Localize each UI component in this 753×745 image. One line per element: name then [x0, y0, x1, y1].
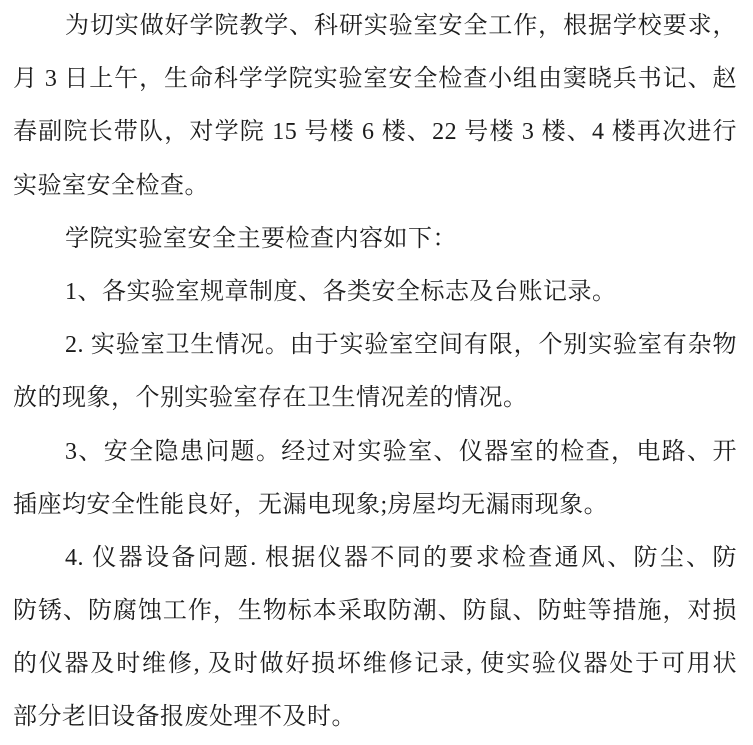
text-line: 放的现象，个别实验室存在卫生情况差的情况。: [13, 372, 737, 425]
text-line: 1、各实验室规章制度、各类安全标志及台账记录。: [13, 266, 737, 319]
text-line: 4. 仪器设备问题. 根据仪器不同的要求检查通风、防尘、防潮、: [13, 532, 737, 585]
text-line: 部分老旧设备报废处理不及时。: [13, 691, 737, 744]
text-line: 插座均安全性能良好，无漏电现象;房屋均无漏雨现象。: [13, 479, 737, 532]
text-line: 实验室安全检查。: [13, 160, 737, 213]
text-line: 为切实做好学院教学、科研实验室安全工作，根据学校要求，12: [13, 0, 737, 53]
text-line: 2. 实验室卫生情况。由于实验室空间有限，个别实验室有杂物堆: [13, 319, 737, 372]
text-line: 防锈、防腐蚀工作，生物标本采取防潮、防鼠、防蛀等措施，对损坏: [13, 585, 737, 638]
text-line: 学院实验室安全主要检查内容如下：: [13, 213, 737, 266]
text-line: 3、安全隐患问题。经过对实验室、仪器室的检查，电路、开关、: [13, 426, 737, 479]
text-line: 的仪器及时维修, 及时做好损坏维修记录, 使实验仪器处于可用状态，: [13, 638, 737, 691]
text-line: 春副院长带队，对学院 15 号楼 6 楼、22 号楼 3 楼、4 楼再次进行了: [13, 106, 737, 159]
document-page: 为切实做好学院教学、科研实验室安全工作，根据学校要求，12 月 3 日上午，生命…: [0, 0, 753, 745]
text-line: 月 3 日上午，生命科学学院实验室安全检查小组由窦晓兵书记、赵伟: [13, 53, 737, 106]
